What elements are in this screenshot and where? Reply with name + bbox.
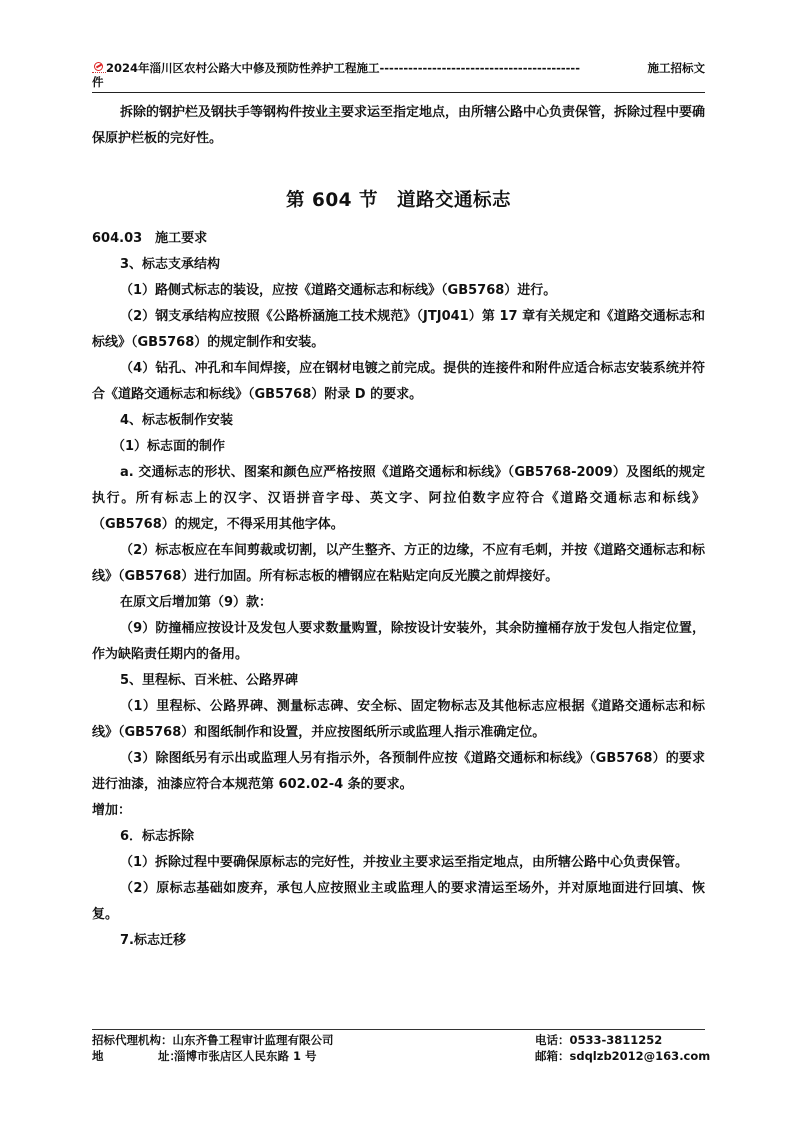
header-wrap: 件 <box>92 75 705 89</box>
document-page: 2024年淄川区农村公路大中修及预防性养护工程施工 --------------… <box>0 0 793 1122</box>
header-divider <box>92 92 705 93</box>
page-footer: 招标代理机构：山东齐鲁工程审计监理有限公司 电话：0533-3811252 地址… <box>92 1032 705 1064</box>
addition-label: 增加： <box>92 798 705 824</box>
paragraph: （2）钢支承结构应按照《公路桥涵施工技术规范》（JTJ041）第 17 章有关规… <box>92 304 705 356</box>
paragraph: （2）标志板应在车间剪裁或切割，以产生整齐、方正的边缘，不应有毛刺，并按《道路交… <box>92 538 705 590</box>
company-logo-icon <box>92 62 106 75</box>
header-title: 2024年淄川区农村公路大中修及预防性养护工程施工 <box>106 62 380 75</box>
subsection-heading: 6．标志拆除 <box>92 824 705 850</box>
phone-value: 0533-3811252 <box>570 1033 663 1047</box>
subsection-heading: 7.标志迁移 <box>92 928 705 954</box>
header-dashes: ----------------------------------------… <box>380 62 648 75</box>
paragraph: （3）除图纸另有示出或监理人另有指示外，各预制件应按《道路交通标和标线》（GB5… <box>92 746 705 798</box>
intro-block: 拆除的钢护栏及钢扶手等钢构件按业主要求运至指定地点，由所辖公路中心负责保管，拆除… <box>92 100 705 152</box>
footer-row: 招标代理机构：山东齐鲁工程审计监理有限公司 电话：0533-3811252 <box>92 1032 705 1048</box>
email-value: sdqlzb2012@163.com <box>570 1049 711 1063</box>
paragraph: （1）里程标、公路界碑、测量标志碑、安全标、固定物标志及其他标志应根据《道路交通… <box>92 694 705 746</box>
paragraph: （4）钻孔、冲孔和车间焊接，应在钢材电镀之前完成。提供的连接件和附件应适合标志安… <box>92 356 705 408</box>
subsection-heading: 4、标志板制作安装 <box>92 408 705 434</box>
subsection-heading: 3、标志支承结构 <box>92 252 705 278</box>
header-line: 2024年淄川区农村公路大中修及预防性养护工程施工 --------------… <box>92 62 705 75</box>
page-header: 2024年淄川区农村公路大中修及预防性养护工程施工 --------------… <box>92 62 705 89</box>
phone-label: 电话： <box>535 1033 570 1047</box>
paragraph: 在原文后增加第（9）款： <box>92 590 705 616</box>
footer-row: 地址：淄博市张店区人民东路 1 号 邮箱：sdqlzb2012@163.com <box>92 1048 705 1064</box>
item-heading: （1）标志面的制作 <box>92 434 705 460</box>
paragraph: （1）拆除过程中要确保原标志的完好性，并按业主要求运至指定地点，由所辖公路中心负… <box>92 850 705 876</box>
address-label-a: 地 <box>92 1048 158 1064</box>
agency-label: 招标代理机构： <box>92 1033 173 1047</box>
intro-paragraph: 拆除的钢护栏及钢扶手等钢构件按业主要求运至指定地点，由所辖公路中心负责保管，拆除… <box>92 100 705 152</box>
paragraph: （1）路侧式标志的装设，应按《道路交通标志和标线》（GB5768）进行。 <box>92 278 705 304</box>
subsection-heading: 5、里程标、百米桩、公路界碑 <box>92 668 705 694</box>
paragraph: （9）防撞桶应按设计及发包人要求数量购置，除按设计安装外，其余防撞桶存放于发包人… <box>92 616 705 668</box>
paragraph: a. 交通标志的形状、图案和颜色应严格按照《道路交通标和标线》（GB5768-2… <box>92 460 705 538</box>
email-label: 邮箱： <box>535 1049 570 1063</box>
paragraph: （2）原标志基础如废弃，承包人应按照业主或监理人的要求清运至场外，并对原地面进行… <box>92 876 705 928</box>
header-doc-type: 施工招标文 <box>648 62 706 75</box>
address-value: 淄博市张店区人民东路 1 号 <box>174 1049 317 1063</box>
clause-heading: 604.03 施工要求 <box>92 226 705 252</box>
footer-divider <box>92 1029 705 1030</box>
section-title: 第 604 节 道路交通标志 <box>92 186 705 212</box>
agency-value: 山东齐鲁工程审计监理有限公司 <box>173 1033 334 1047</box>
section-body: 604.03 施工要求 3、标志支承结构 （1）路侧式标志的装设，应按《道路交通… <box>92 226 705 954</box>
